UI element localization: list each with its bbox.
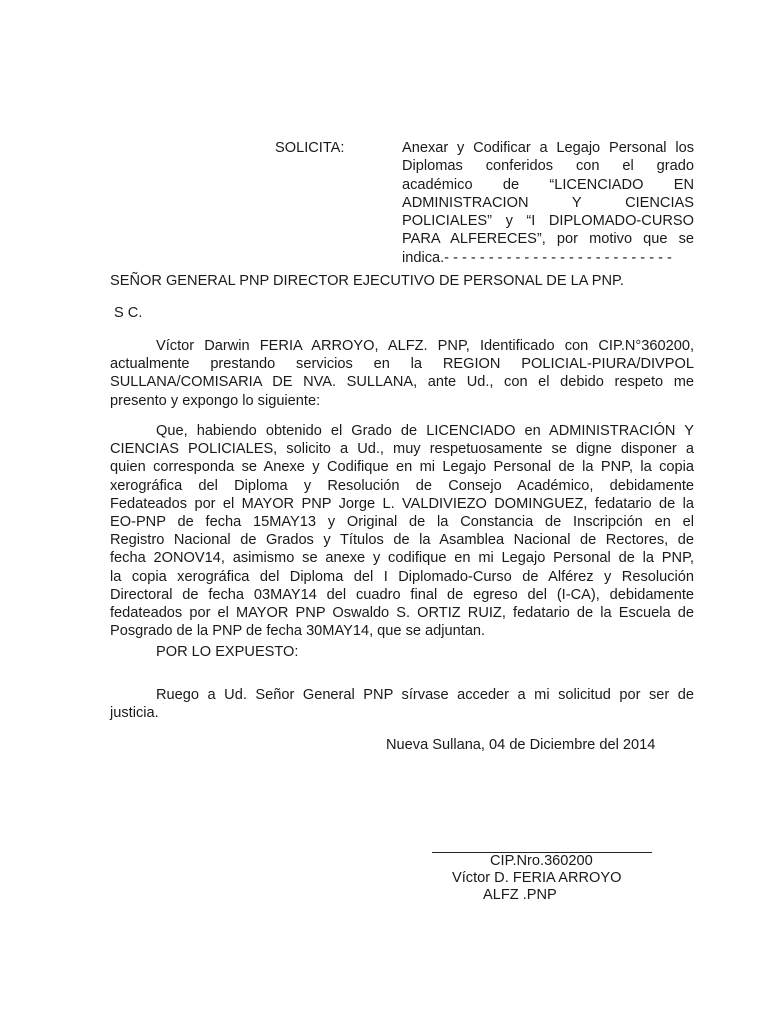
paragraph-line: Directoral de fecha 03MAY14 del cuadro f… bbox=[110, 586, 694, 604]
paragraph-line: quien corresponda se Anexe y Codifique e… bbox=[110, 458, 694, 476]
solicita-line: ADMINISTRACION Y CIENCIAS bbox=[402, 194, 694, 212]
paragraph-line: xerográfica del Diploma y Resolución de … bbox=[110, 477, 694, 495]
closing-paragraph: Ruego a Ud. Señor General PNP sírvase ac… bbox=[110, 686, 694, 722]
document-page: SOLICITA: Anexar y Codificar a Legajo Pe… bbox=[0, 0, 768, 1024]
signature-name: Víctor D. FERIA ARROYO bbox=[452, 870, 622, 887]
paragraph-line: Ruego a Ud. Señor General PNP sírvase ac… bbox=[110, 686, 694, 704]
signature-rank: ALFZ .PNP bbox=[483, 887, 557, 904]
solicita-line: POLICIALES” y “I DIPLOMADO-CURSO bbox=[402, 212, 694, 230]
addressee: SEÑOR GENERAL PNP DIRECTOR EJECUTIVO DE … bbox=[110, 273, 624, 289]
paragraph-line: fedateados por el MAYOR PNP Oswaldo S. O… bbox=[110, 604, 694, 622]
place-date: Nueva Sullana, 04 de Diciembre del 2014 bbox=[386, 737, 655, 753]
paragraph-line: Víctor Darwin FERIA ARROYO, ALFZ. PNP, I… bbox=[110, 337, 694, 355]
paragraph-line: Fedateados por el MAYOR PNP Jorge L. VAL… bbox=[110, 495, 694, 513]
paragraph-line: SULLANA/COMISARIA DE NVA. SULLANA, ante … bbox=[110, 373, 694, 391]
paragraph-line: justicia. bbox=[110, 704, 694, 722]
intro-paragraph: Víctor Darwin FERIA ARROYO, ALFZ. PNP, I… bbox=[110, 337, 694, 410]
solicita-line: PARA ALFERECES”, por motivo que se bbox=[402, 230, 694, 248]
paragraph-line: la copia xerográfica del Diploma del I D… bbox=[110, 568, 694, 586]
por-lo-expuesto: POR LO EXPUESTO: bbox=[156, 644, 298, 660]
paragraph-line: Posgrado de la PNP de fecha 30MAY14, que… bbox=[110, 622, 694, 640]
solicita-line: Anexar y Codificar a Legajo Personal los bbox=[402, 139, 694, 157]
signature-cip: CIP.Nro.360200 bbox=[490, 853, 593, 870]
sc-line: S C. bbox=[114, 305, 142, 321]
solicita-line: académico de “LICENCIADO EN bbox=[402, 176, 694, 194]
paragraph-line: fecha 2ONOV14, asimismo se anexe y codif… bbox=[110, 549, 694, 567]
paragraph-line: Que, habiendo obtenido el Grado de LICEN… bbox=[110, 422, 694, 440]
paragraph-line: actualmente prestando servicios en la RE… bbox=[110, 355, 694, 373]
paragraph-line: CIENCIAS POLICIALES, solicito a Ud., muy… bbox=[110, 440, 694, 458]
paragraph-line: Registro Nacional de Grados y Títulos de… bbox=[110, 531, 694, 549]
solicita-label: SOLICITA: bbox=[275, 139, 344, 157]
paragraph-line: presento y expongo lo siguiente: bbox=[110, 392, 694, 410]
paragraph-line: EO-PNP de fecha 15MAY13 y Original de la… bbox=[110, 513, 694, 531]
solicita-subject: Anexar y Codificar a Legajo Personal los… bbox=[402, 139, 694, 267]
solicita-line: indica.- - - - - - - - - - - - - - - - -… bbox=[402, 249, 694, 267]
solicita-line: Diplomas conferidos con el grado bbox=[402, 157, 694, 175]
body-paragraph: Que, habiendo obtenido el Grado de LICEN… bbox=[110, 422, 694, 640]
